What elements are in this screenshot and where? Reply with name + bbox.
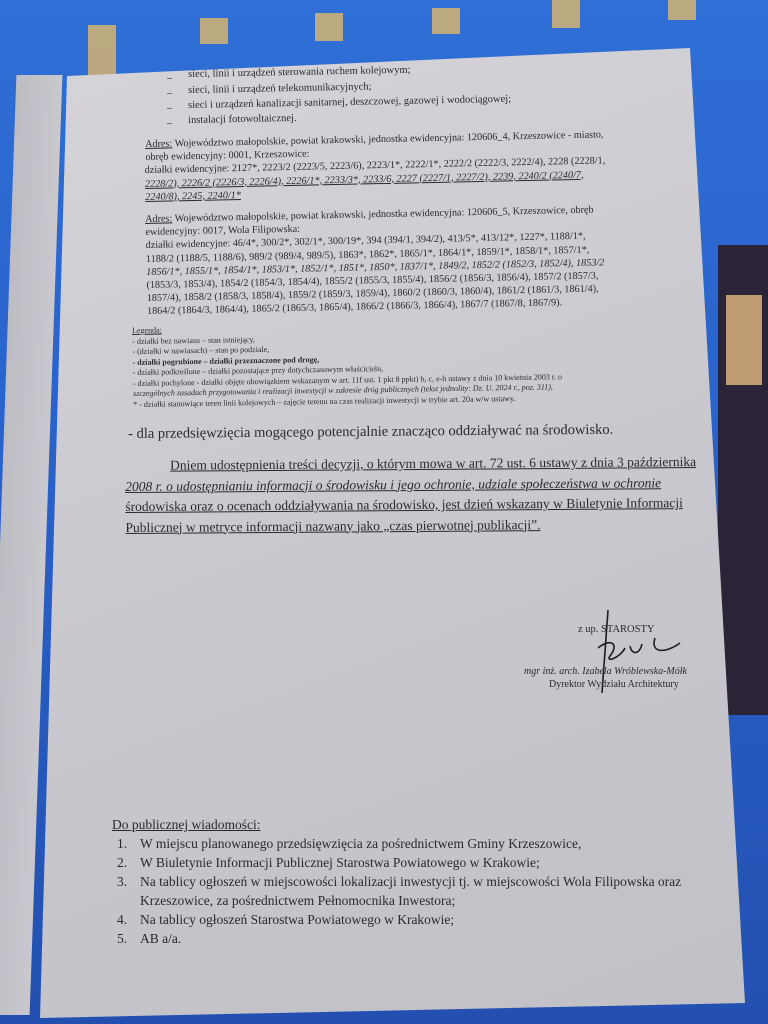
address-label: Adres: xyxy=(145,138,172,150)
bullet-marker: – xyxy=(167,118,172,129)
distribution-item: 1. W miejscu planowanego przedsięwzięcia… xyxy=(112,834,260,853)
item-text: W Biuletynie Informacji Publicznej Staro… xyxy=(140,853,540,872)
legend: Legenda: - działki bez nawiasu – stan is… xyxy=(132,319,562,410)
distribution-item: 5. AB a/a. xyxy=(112,929,260,948)
item-number: 2. xyxy=(117,853,127,872)
item-number: 4. xyxy=(117,910,127,929)
notice-line: Publicznej w metryce informacji nazwany … xyxy=(125,514,696,538)
bullet-item: sieci, linii i urządzeń sterowania ruche… xyxy=(188,65,411,82)
item-number: 3. xyxy=(117,872,127,891)
item-text: Krzeszowice, za pośrednictwem Pełnomocni… xyxy=(140,891,455,910)
distribution-item: 3. Na tablicy ogłoszeń w miejscowości lo… xyxy=(112,872,260,910)
notice-paragraph: Dniem udostępnienia treści decyzji, o kt… xyxy=(125,452,697,538)
bullet-marker: – xyxy=(167,103,172,114)
bullet-marker: – xyxy=(167,88,172,99)
bullet-item: sieci, linii i urządzeń telekomunikacyjn… xyxy=(188,81,372,97)
distribution-list: Do publicznej wiadomości: 1. W miejscu p… xyxy=(112,815,260,948)
item-text: Na tablicy ogłoszeń Starostwa Powiatoweg… xyxy=(140,910,454,929)
address-block-krzeszowice: Adres: Województwo małopolskie, powiat k… xyxy=(145,128,606,204)
notice-line: środowiska oraz o ocenach oddziaływania … xyxy=(125,493,696,517)
document-content: – sieci, linii i urządzeń sterowania ruc… xyxy=(0,0,768,1024)
signatory-name: mgr inż. arch. Izabela Wróblewska-Mółk xyxy=(524,666,687,679)
item-text: Na tablicy ogłoszeń w miejscowości lokal… xyxy=(140,872,681,891)
signatory-title: Dyrektor Wydziału Architektury xyxy=(549,679,679,692)
item-number: 1. xyxy=(117,834,127,853)
distribution-item: 4. Na tablicy ogłoszeń Starostwa Powiato… xyxy=(112,910,260,929)
impact-statement: - dla przedsięwzięcia mogącego potencjal… xyxy=(128,420,613,444)
item-number: 5. xyxy=(117,929,127,948)
item-text: AB a/a. xyxy=(140,929,181,948)
bullet-marker: – xyxy=(167,73,172,84)
distribution-title: Do publicznej wiadomości: xyxy=(112,815,260,834)
address-block-wola-filipowska: Adres: Województwo małopolskie, powiat k… xyxy=(145,203,605,318)
address-label: Adres: xyxy=(145,213,172,225)
distribution-item: 2. W Biuletynie Informacji Publicznej St… xyxy=(112,853,260,872)
bullet-item: sieci i urządzeń kanalizacji sanitarnej,… xyxy=(188,94,511,113)
bullet-item: instalacji fotowoltaicznej. xyxy=(188,113,297,128)
item-text: W miejscu planowanego przedsięwzięcia za… xyxy=(140,834,581,853)
